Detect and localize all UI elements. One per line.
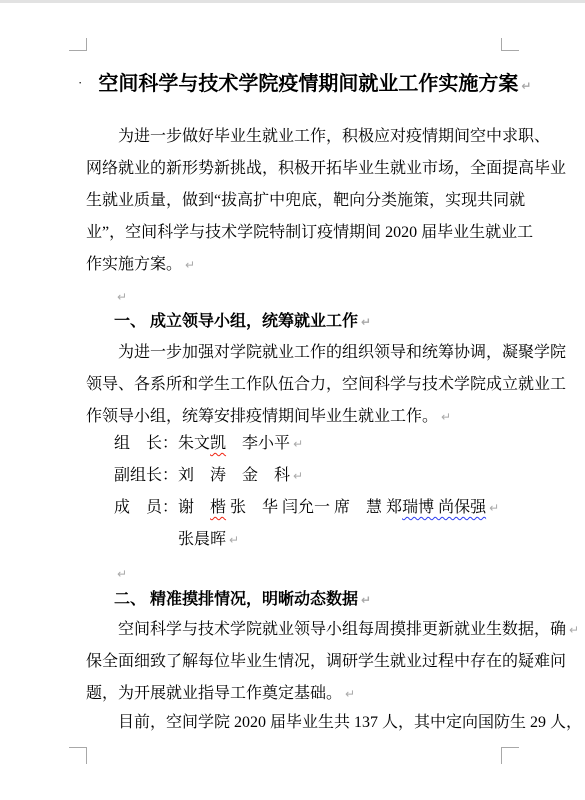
text-line[interactable]: 题，为开展就业指导工作奠定基础。↵ <box>86 678 526 710</box>
margin-corner-mark-bottom-left <box>69 747 87 764</box>
margin-corner-mark-top-right <box>501 38 519 51</box>
text-line[interactable]: 空间科学与技术学院就业领导小组每周摸排更新就业生数据，确↵ <box>86 614 526 646</box>
text-line[interactable]: 目前，空间学院 2020 届毕业生共 137 人，其中定向国防生 29 人， <box>86 707 526 739</box>
text-line[interactable]: 业”，空间科学与技术学院特制订疫情期间 2020 届毕业生就业工 <box>86 217 526 249</box>
status-paragraph[interactable]: 目前，空间学院 2020 届毕业生共 137 人，其中定向国防生 29 人， <box>86 707 526 739</box>
paragraph-mark-icon: ↵ <box>229 533 239 547</box>
text-line[interactable]: 为进一步做好毕业生就业工作，积极应对疫情期间空中求职、 <box>86 121 526 153</box>
leadership-roster[interactable]: 组 长：朱文凯 李小平↵ 副组长：刘 涛 金 科↵ 成 员：谢 楷 张 华 闫允… <box>86 428 526 556</box>
section2-paragraph[interactable]: 空间科学与技术学院就业领导小组每周摸排更新就业生数据，确↵ 保全面细致了解每位毕… <box>86 614 526 710</box>
paragraph-mark-icon: ↵ <box>293 437 303 451</box>
title-bullet: · <box>78 75 82 90</box>
roster-row-members[interactable]: 成 员：谢 楷 张 华 闫允一 席 慧 郑瑞博 尚保强↵ <box>86 492 526 524</box>
roster-label: 成 员： <box>114 499 178 516</box>
paragraph-mark-icon: ↵ <box>345 687 355 701</box>
text-line[interactable]: 生就业质量，做到“拔高扩中兜底，靶向分类施策，实现共同就 <box>86 185 526 217</box>
text-line[interactable]: 保全面细致了解每位毕业生情况，调研学生就业过程中存在的疑难问 <box>86 646 526 678</box>
roster-label: 副组长： <box>114 467 178 484</box>
page-top-edge <box>0 0 585 3</box>
document-page: ·空间科学与技术学院疫情期间就业工作实施方案↵ 为进一步做好毕业生就业工作，积极… <box>0 0 585 800</box>
paragraph-mark-icon: ↵ <box>185 258 195 272</box>
text-line[interactable]: 作实施方案。↵ <box>86 249 526 281</box>
text-line[interactable]: 领导、各系所和学生工作队伍合力，空间科学与技术学院成立就业工 <box>86 369 526 401</box>
title-text: 空间科学与技术学院疫情期间就业工作实施方案 <box>98 73 518 95</box>
paragraph-mark-icon: ↵ <box>117 290 127 304</box>
section1-paragraph[interactable]: 为进一步加强对学院就业工作的组织领导和统筹协调，凝聚学院 领导、各系所和学生工作… <box>86 337 526 433</box>
roster-row-deputy[interactable]: 副组长：刘 涛 金 科↵ <box>86 460 526 492</box>
margin-corner-mark-top-left <box>69 38 87 51</box>
paragraph-mark-icon: ↵ <box>361 593 371 607</box>
paragraph-mark-icon: ↵ <box>293 469 303 483</box>
paragraph-mark-icon: ↵ <box>489 501 499 515</box>
text-line[interactable]: 为进一步加强对学院就业工作的组织领导和统筹协调，凝聚学院 <box>86 337 526 369</box>
margin-corner-mark-bottom-right <box>501 747 519 764</box>
line-break-mark-icon: ↵ <box>569 623 579 637</box>
roster-row-members-continued[interactable]: 张晨晖↵ <box>86 524 526 556</box>
misspelled-text: 凯 <box>210 435 226 452</box>
paragraph-mark-icon: ↵ <box>117 567 127 581</box>
roster-label: 组 长： <box>114 435 178 452</box>
section1-heading[interactable]: 一、 成立领导小组，统筹就业工作↵ <box>86 306 526 338</box>
paragraph-mark-icon: ↵ <box>361 315 371 329</box>
paragraph-mark-icon: ↵ <box>521 79 531 93</box>
intro-paragraph[interactable]: 为进一步做好毕业生就业工作，积极应对疫情期间空中求职、 网络就业的新形势新挑战，… <box>86 121 526 281</box>
roster-row-leader[interactable]: 组 长：朱文凯 李小平↵ <box>86 428 526 460</box>
document-title[interactable]: ·空间科学与技术学院疫情期间就业工作实施方案↵ <box>78 68 531 101</box>
grammar-checked-text: 瑞博 尚保强 <box>402 499 486 516</box>
section2-heading[interactable]: 二、 精准摸排情况，明晰动态数据↵ <box>86 584 526 616</box>
text-line[interactable]: 网络就业的新形势新挑战，积极开拓毕业生就业市场，全面提高毕业 <box>86 153 526 185</box>
paragraph-mark-icon: ↵ <box>441 410 451 424</box>
misspelled-text: 楷 <box>210 499 226 516</box>
